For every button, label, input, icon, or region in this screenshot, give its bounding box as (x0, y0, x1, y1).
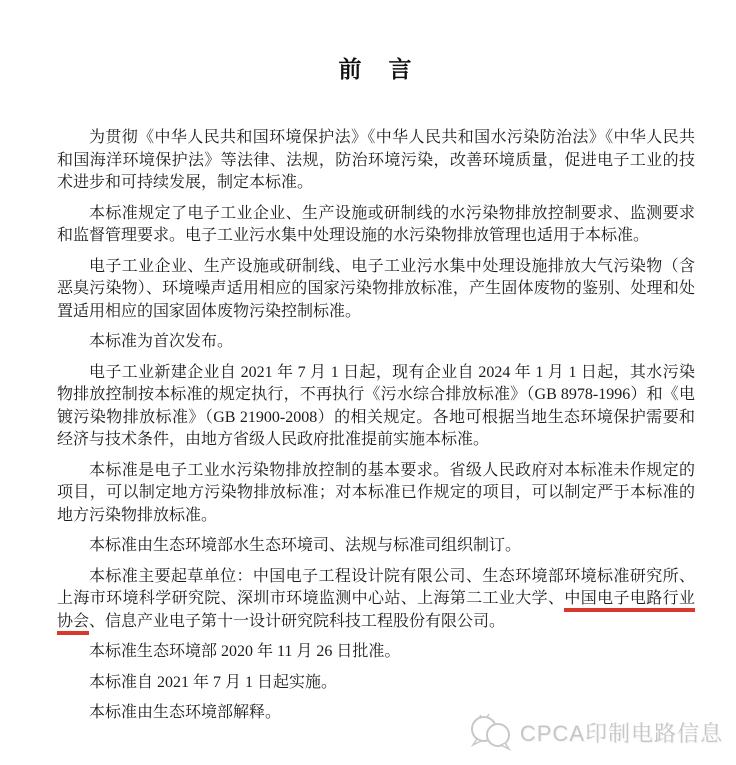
document-content: 前 言 为贯彻《中华人民共和国环境保护法》《中华人民共和国水污染防治法》《中华人… (57, 55, 695, 733)
paragraph-5: 电子工业新建企业自 2021 年 7 月 1 日起，现有企业自 2024 年 1… (57, 362, 695, 452)
paragraph-9-approval-date: 本标准生态环境部 2020 年 11 月 26 日批准。 (57, 641, 695, 664)
paragraph-4: 本标准为首次发布。 (57, 331, 695, 354)
paragraph-3: 电子工业企业、生产设施或研制线、电子工业污水集中处理设施排放大气污染物（含恶臭污… (57, 256, 695, 324)
paragraph-1: 为贯彻《中华人民共和国环境保护法》《中华人民共和国水污染防治法》《中华人民共和国… (57, 127, 695, 195)
watermark-text: CPCA印制电路信息 (520, 717, 723, 748)
paragraph-8-drafting-units: 本标准主要起草单位：中国电子工程设计院有限公司、生态环境部环境标准研究所、上海市… (57, 566, 695, 634)
document-page: 前 言 为贯彻《中华人民共和国环境保护法》《中华人民共和国水污染防治法》《中华人… (0, 0, 736, 765)
drafting-units-text-after: 、信息产业电子第十一设计研究院科技工程股份有限公司。 (89, 613, 505, 630)
page-title: 前 言 (57, 55, 695, 83)
watermark: CPCA印制电路信息 (468, 712, 723, 752)
chat-bubbles-icon (468, 712, 514, 752)
paragraph-7: 本标准由生态环境部水生态环境司、法规与标准司组织制订。 (57, 535, 695, 558)
paragraph-10-implementation-date: 本标准自 2021 年 7 月 1 日起实施。 (57, 672, 695, 695)
paragraph-6: 本标准是电子工业水污染物排放控制的基本要求。省级人民政府对本标准未作规定的项目，… (57, 460, 695, 528)
paragraph-2: 本标准规定了电子工业企业、生产设施或研制线的水污染物排放控制要求、监测要求和监督… (57, 203, 695, 248)
